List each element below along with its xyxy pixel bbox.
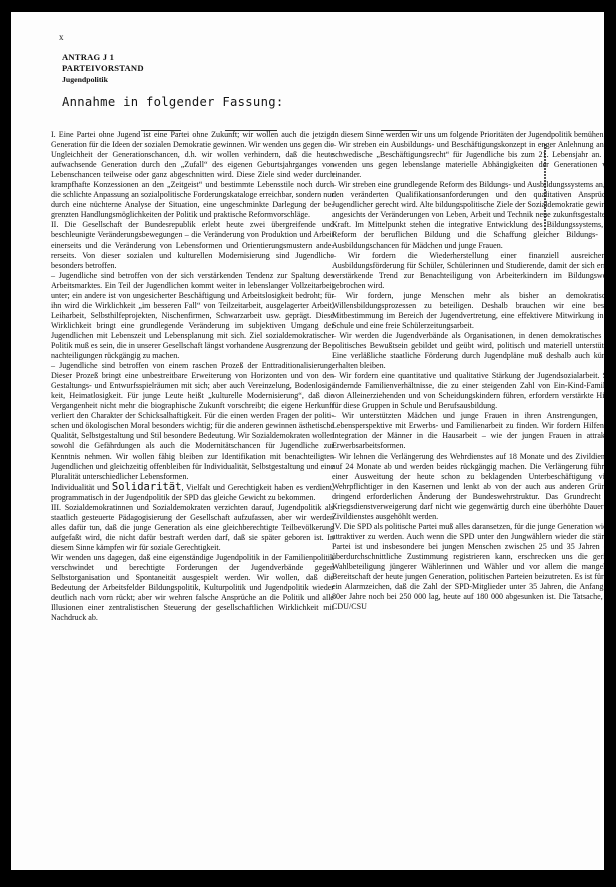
paragraph-labor-market: – Jugendliche sind betroffen von der sic… bbox=[51, 271, 334, 361]
priorities-intro: In diesem Sinne werden wir uns um folgen… bbox=[332, 130, 604, 140]
section-i: I. Eine Partei ohne Jugend ist eine Part… bbox=[51, 130, 334, 220]
adoption-stamp: Annahme in folgender Fassung: bbox=[62, 95, 284, 109]
submitter: PARTEIVORSTAND bbox=[62, 63, 144, 74]
priority-military-service: – Wir lehnen die Verlängerung des Wehrdi… bbox=[332, 452, 604, 522]
priority-student-aid: – Wir fordern die Wiederherstellung eine… bbox=[332, 251, 604, 291]
inserted-word: Solidarität bbox=[112, 481, 182, 493]
section-ii: II. Die Gesellschaft der Bundesrepublik … bbox=[51, 220, 334, 270]
paragraph-family-policy: Wir wenden uns dagegen, daß eine eigenst… bbox=[51, 553, 334, 623]
corner-mark: x bbox=[59, 32, 64, 42]
motion-number: ANTRAG J 1 bbox=[62, 52, 144, 63]
priority-education-reform: – Wir streben eine grundlegende Reform d… bbox=[332, 180, 604, 250]
document-page: x ANTRAG J 1 PARTEIVORSTAND Jugendpoliti… bbox=[11, 12, 604, 870]
priority-girls-women: – Wir unterstützten Mädchen und junge Fr… bbox=[332, 411, 604, 451]
priority-youth-social-work: – Wir fordern eine quantitative und qual… bbox=[332, 371, 604, 411]
text-before: Individualität und bbox=[51, 483, 112, 492]
section-iii: III. Sozialdemokratinnen und Sozialdemok… bbox=[51, 503, 334, 553]
priority-employment: – Wir streben ein Ausbildungs- und Besch… bbox=[332, 140, 604, 180]
priority-youth-associations: – Wir werden die Jugendverbände als Orga… bbox=[332, 331, 604, 371]
paragraph-solidarity: Individualität und Solidarität, Vielfalt… bbox=[51, 482, 334, 503]
section-iv: IV. Die SPD als politische Partei muß al… bbox=[332, 522, 604, 612]
right-column: In diesem Sinne werden wir uns um folgen… bbox=[332, 130, 604, 612]
priority-participation: – Wir fordern, junge Menschen mehr als b… bbox=[332, 291, 604, 331]
topic: Jugendpolitik bbox=[62, 74, 144, 85]
document-header: ANTRAG J 1 PARTEIVORSTAND Jugendpolitik bbox=[62, 52, 144, 85]
paragraph-detraditionalization: – Jugendliche sind betroffen von einem r… bbox=[51, 361, 334, 482]
left-column: I. Eine Partei ohne Jugend ist eine Part… bbox=[51, 130, 334, 623]
